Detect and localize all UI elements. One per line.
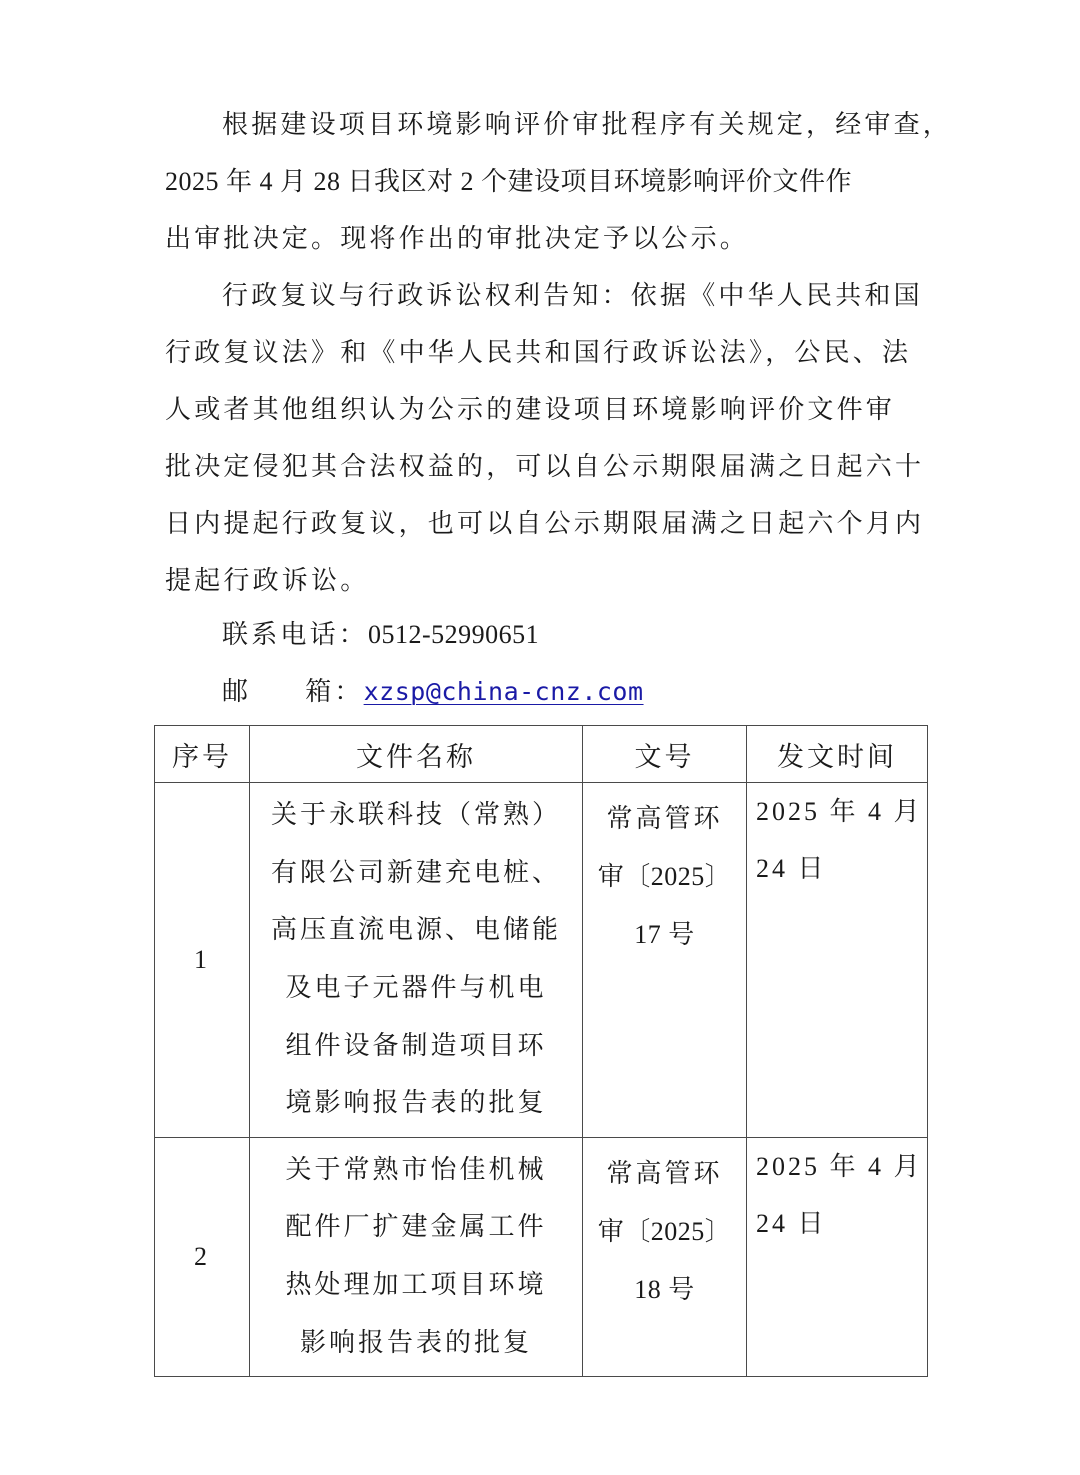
doc-number-line: 18 号 <box>583 1261 746 1319</box>
paragraph-2-line-5: 日内提起行政复议，也可以自公示期限届满之日起六个月内 <box>165 507 924 541</box>
issue-date-line: 2025 年 4 月 <box>756 783 927 840</box>
contact-phone: 联系电话：0512-52990651 <box>222 618 539 652</box>
row-doc-number: 常高管环 审〔2025〕 18 号 <box>583 1138 747 1377</box>
table-row: 1 关于永联科技（常熟） 有限公司新建充电桩、 高压直流电源、电储能 及电子元器… <box>155 783 928 1138</box>
file-name-line: 组件设备制造项目环 <box>262 1018 570 1076</box>
file-name-line: 热处理加工项目环境 <box>262 1257 570 1315</box>
header-index: 序号 <box>155 726 250 783</box>
contact-email-label-2: 箱： <box>305 677 363 707</box>
file-name-line: 影响报告表的批复 <box>262 1315 570 1373</box>
paragraph-1-line-1: 根据建设项目环境影响评价审批程序有关规定，经审查， <box>222 108 952 142</box>
document-page: 根据建设项目环境影响评价审批程序有关规定，经审查， 2025 年 4 月 28 … <box>0 0 1080 1475</box>
header-issue-date: 发文时间 <box>747 726 928 783</box>
doc-number-line: 常高管环 <box>583 790 746 848</box>
paragraph-1-line-3: 出审批决定。现将作出的审批决定予以公示。 <box>165 222 749 256</box>
paragraph-2-line-4: 批决定侵犯其合法权益的，可以自公示期限届满之日起六十 <box>165 450 924 484</box>
contact-email-link[interactable]: xzsp@china-cnz.com <box>364 677 644 706</box>
row-file-name: 关于永联科技（常熟） 有限公司新建充电桩、 高压直流电源、电储能 及电子元器件与… <box>250 783 583 1138</box>
row-doc-number: 常高管环 审〔2025〕 17 号 <box>583 783 747 1138</box>
table-header-row: 序号 文件名称 文号 发文时间 <box>155 726 928 783</box>
file-name-line: 境影响报告表的批复 <box>262 1075 570 1133</box>
contact-phone-value: 0512-52990651 <box>368 620 539 649</box>
file-name-line: 配件厂扩建金属工件 <box>262 1199 570 1257</box>
issue-date-line: 24 日 <box>756 1195 927 1252</box>
file-name-line: 及电子元器件与机电 <box>262 960 570 1018</box>
paragraph-2-line-6: 提起行政诉讼。 <box>165 564 369 598</box>
doc-number-line: 审〔2025〕 <box>583 848 746 906</box>
row-issue-date: 2025 年 4 月 24 日 <box>747 1138 928 1377</box>
contact-email: 邮箱：xzsp@china-cnz.com <box>222 675 644 709</box>
paragraph-2-line-3: 人或者其他组织认为公示的建设项目环境影响评价文件审 <box>165 393 895 427</box>
paragraph-2-line-1: 行政复议与行政诉讼权利告知：依据《中华人民共和国 <box>222 279 923 313</box>
doc-number-line: 审〔2025〕 <box>583 1203 746 1261</box>
issue-date-line: 2025 年 4 月 <box>756 1138 927 1195</box>
row-issue-date: 2025 年 4 月 24 日 <box>747 783 928 1138</box>
paragraph-1-line-2: 2025 年 4 月 28 日我区对 2 个建设项目环境影响评价文件作 <box>165 165 852 199</box>
file-name-line: 关于永联科技（常熟） <box>262 787 570 845</box>
header-file-name: 文件名称 <box>250 726 583 783</box>
table-row: 2 关于常熟市怡佳机械 配件厂扩建金属工件 热处理加工项目环境 影响报告表的批复… <box>155 1138 928 1377</box>
contact-phone-label: 联系电话： <box>222 620 368 650</box>
doc-number-line: 17 号 <box>583 906 746 964</box>
file-name-line: 高压直流电源、电储能 <box>262 902 570 960</box>
header-doc-number: 文号 <box>583 726 747 783</box>
doc-number-line: 常高管环 <box>583 1145 746 1203</box>
approval-table: 序号 文件名称 文号 发文时间 1 关于永联科技（常熟） 有限公司新建充电桩、 … <box>154 725 928 1377</box>
file-name-line: 有限公司新建充电桩、 <box>262 845 570 903</box>
issue-date-line: 24 日 <box>756 840 927 897</box>
row-file-name: 关于常熟市怡佳机械 配件厂扩建金属工件 热处理加工项目环境 影响报告表的批复 <box>250 1138 583 1377</box>
contact-email-label-1: 邮 <box>222 677 251 707</box>
file-name-line: 关于常熟市怡佳机械 <box>262 1142 570 1200</box>
paragraph-2-line-2: 行政复议法》和《中华人民共和国行政诉讼法》，公民、法 <box>165 336 911 370</box>
row-index: 2 <box>155 1138 250 1377</box>
row-index: 1 <box>155 783 250 1138</box>
